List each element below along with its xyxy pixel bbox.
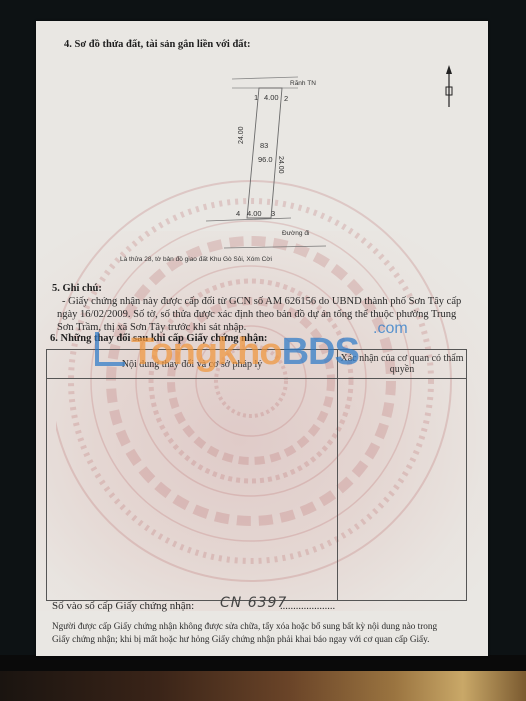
certificate-page: 4. Sơ đồ thửa đất, tài sản gắn liền với … bbox=[36, 21, 488, 656]
section-5-heading: 5. Ghi chú: bbox=[52, 283, 102, 294]
bottom-width: 4.00 bbox=[247, 209, 262, 218]
corner-4: 4 bbox=[236, 209, 240, 218]
parcel-area: 96.0 bbox=[258, 155, 273, 164]
label-bottom-boundary: Đường đi bbox=[282, 230, 309, 237]
section-6-heading: 6. Những thay đổi sau khi cấp Giấy chứng… bbox=[50, 333, 267, 344]
registry-label: Số vào sổ cấp Giấy chứng nhận: bbox=[52, 600, 194, 613]
photo-background-table bbox=[0, 671, 526, 701]
table-header-row: Nội dung thay đổi và cơ sở pháp lý Xác n… bbox=[47, 350, 467, 379]
top-width: 4.00 bbox=[264, 93, 279, 102]
table-cell-confirmation bbox=[338, 379, 467, 601]
registry-dots: ..................... bbox=[280, 600, 335, 613]
left-length: 24.00 bbox=[238, 126, 245, 144]
column-header-content: Nội dung thay đổi và cơ sở pháp lý bbox=[47, 350, 338, 379]
label-top-boundary: Rãnh TN bbox=[290, 80, 316, 87]
watermark-suffix: .com bbox=[373, 320, 408, 338]
right-length: 24.00 bbox=[277, 156, 284, 174]
column-header-confirmation: Xác nhận của cơ quan có thẩm quyền bbox=[338, 350, 467, 379]
table-row bbox=[47, 379, 467, 601]
registry-number: CN 6397 bbox=[220, 595, 287, 611]
footer-note-line-2: Giấy chứng nhận; khi bị mất hoặc hư hỏng… bbox=[52, 633, 429, 646]
corner-1: 1 bbox=[254, 93, 258, 102]
corner-3: 3 bbox=[271, 209, 275, 218]
diagram-caption: Là thửa 28, tờ bản đồ giao đất Khu Gò Sỏ… bbox=[120, 256, 272, 263]
note-line-1: - Giấy chứng nhận này được cấp đổi từ GC… bbox=[62, 295, 461, 308]
parcel-diagram bbox=[36, 21, 488, 281]
changes-table: Nội dung thay đổi và cơ sở pháp lý Xác n… bbox=[46, 349, 467, 601]
footer-note-line-1: Người được cấp Giấy chứng nhận không đượ… bbox=[52, 620, 437, 633]
corner-2: 2 bbox=[284, 94, 288, 103]
parcel-number: 83 bbox=[260, 141, 268, 150]
table-cell-content bbox=[47, 379, 338, 601]
